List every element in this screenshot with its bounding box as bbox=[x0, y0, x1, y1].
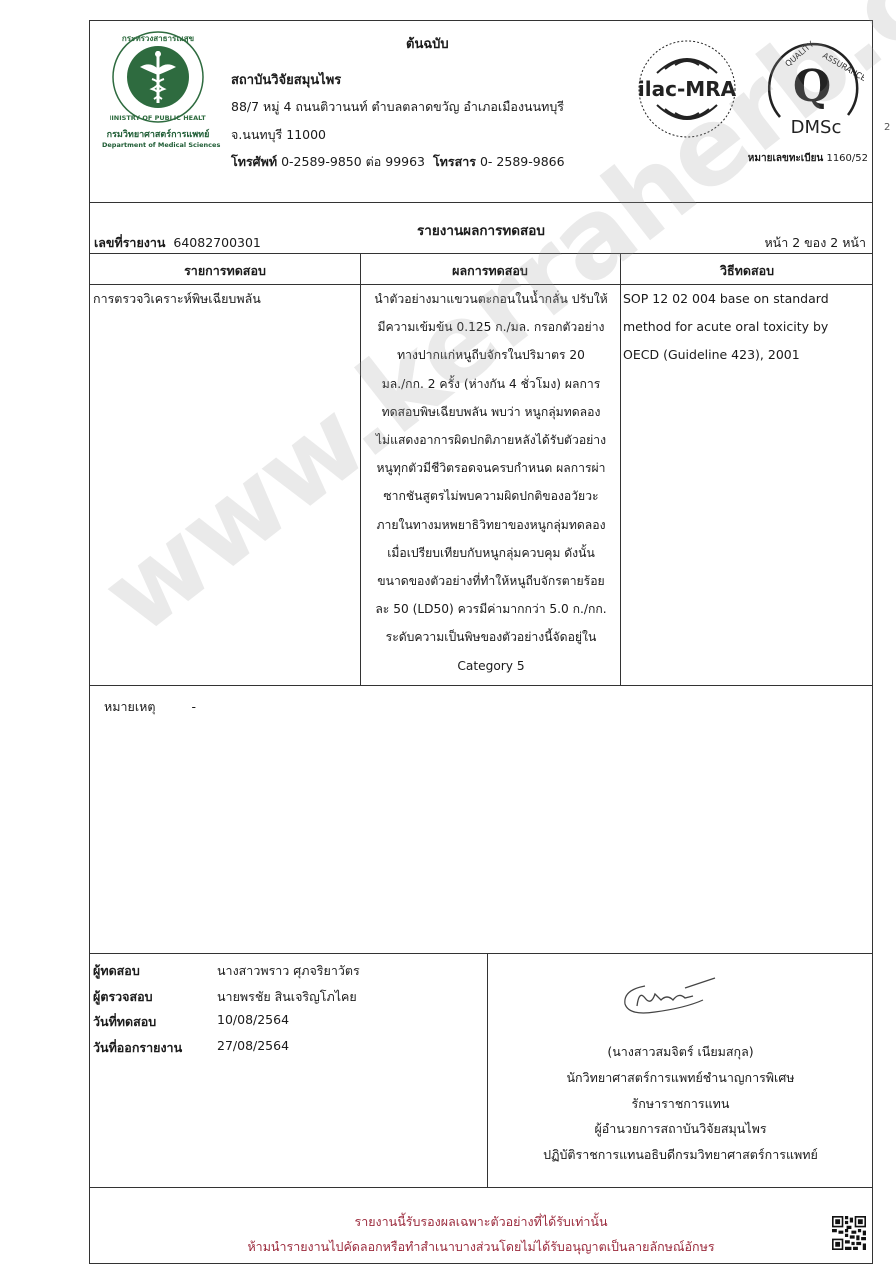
remark-value: - bbox=[191, 699, 196, 714]
contact-line: โทรศัพท์ 0-2589-9850 ต่อ 99963 โทรสาร 0-… bbox=[231, 152, 565, 172]
department-name-en: Department of Medical Sciences bbox=[102, 141, 214, 149]
ilac-mra-icon: ilac-MRA bbox=[635, 37, 739, 141]
reg-label: หมายเลขทะเบียน bbox=[748, 153, 823, 164]
remark: หมายเหตุ - bbox=[104, 697, 196, 717]
result-line: ภายในทางมหพยาธิวิทยาของหนูกลุ่มทดลอง bbox=[362, 511, 620, 539]
ministry-emblem-icon: กระทรวงสาธารณสุข MINISTRY OF PUBLIC HEAL… bbox=[110, 29, 206, 125]
method-line: method for acute oral toxicity by bbox=[623, 313, 873, 341]
page-indicator: หน้า 2 ของ 2 หน้า bbox=[764, 233, 866, 253]
header-test-item: รายการทดสอบ bbox=[90, 261, 360, 281]
svg-text:ilac-MRA: ilac-MRA bbox=[638, 77, 737, 101]
result-line: เมื่อเปรียบเทียบกับหนูกลุ่มควบคุม ดังนั้… bbox=[362, 539, 620, 567]
fax-value: 0- 2589-9866 bbox=[480, 154, 565, 169]
checker-value: นายพรชัย สินเจริญโภไคย bbox=[217, 987, 357, 1013]
svg-text:Q: Q bbox=[793, 61, 831, 112]
divider bbox=[90, 685, 872, 686]
divider bbox=[90, 953, 872, 954]
footer-line1: รายงานนี้รับรองผลเฉพาะตัวอย่างที่ได้รับเ… bbox=[90, 1209, 872, 1234]
signature bbox=[615, 976, 725, 1025]
registration-number: หมายเลขทะเบียน 1160/52 bbox=[748, 151, 868, 166]
tester-value: นางสาวพราว ศุภจริยาวัตร bbox=[217, 961, 360, 987]
result-line: ทางปากแก่หนูถีบจักรในปริมาตร 20 bbox=[362, 341, 620, 369]
test-item-cell: การตรวจวิเคราะห์พิษเฉียบพลัน bbox=[93, 289, 261, 309]
result-line: ไม่แสดงอาการผิดปกติภายหลังได้รับตัวอย่าง bbox=[362, 426, 620, 454]
dmsc-quality-logo: Q QUALITY ASSURANCE DMSc bbox=[760, 37, 864, 145]
report-number-label: เลขที่รายงาน bbox=[94, 235, 165, 250]
original-copy-label: ต้นฉบับ bbox=[406, 33, 449, 54]
method-line: OECD (Guideline 423), 2001 bbox=[623, 341, 873, 369]
signer-title4: ปฏิบัติราชการแทนอธิบดีกรมวิทยาศาสตร์การแ… bbox=[487, 1142, 874, 1168]
margin-mark: 2 bbox=[884, 122, 890, 133]
divider bbox=[90, 202, 872, 203]
footer-disclaimer: รายงานนี้รับรองผลเฉพาะตัวอย่างที่ได้รับเ… bbox=[90, 1209, 872, 1259]
test-method-cell: SOP 12 02 004 base on standardmethod for… bbox=[623, 285, 873, 370]
address-line2: จ.นนทบุรี 11000 bbox=[231, 125, 326, 145]
phone-label: โทรศัพท์ bbox=[231, 154, 277, 169]
qr-code-icon[interactable] bbox=[832, 1216, 866, 1250]
test-date-label: วันที่ทดสอบ bbox=[93, 1012, 217, 1038]
report-number-value: 64082700301 bbox=[173, 235, 260, 250]
tester-label: ผู้ทดสอบ bbox=[93, 961, 217, 987]
signer-block: (นางสาวสมจิตร์ เนียมสกุล) นักวิทยาศาสตร์… bbox=[487, 1039, 874, 1168]
header-test-result: ผลการทดสอบ bbox=[360, 261, 620, 281]
signer-name: (นางสาวสมจิตร์ เนียมสกุล) bbox=[487, 1039, 874, 1065]
header-test-method: วิธีทดสอบ bbox=[620, 261, 874, 281]
result-line: ระดับความเป็นพิษของตัวอย่างนี้จัดอยู่ใน bbox=[362, 623, 620, 651]
result-line: มล./กก. 2 ครั้ง (ห่างกัน 4 ชั่วโมง) ผลกา… bbox=[362, 370, 620, 398]
checker-row: ผู้ตรวจสอบ นายพรชัย สินเจริญโภไคย bbox=[93, 987, 360, 1013]
signer-title2: รักษาราชการแทน bbox=[487, 1091, 874, 1117]
reg-value: 1160/52 bbox=[826, 153, 868, 164]
issue-date-row: วันที่ออกรายงาน 27/08/2564 bbox=[93, 1038, 360, 1064]
test-result-cell: นำตัวอย่างมาแขวนตะกอนในน้ำกลั่น ปรับให้ม… bbox=[362, 285, 620, 680]
institute-name: สถาบันวิจัยสมุนไพร bbox=[231, 69, 341, 90]
signoff-details: ผู้ทดสอบ นางสาวพราว ศุภจริยาวัตร ผู้ตรวจ… bbox=[93, 961, 360, 1063]
signer-title1: นักวิทยาศาสตร์การแพทย์ชำนาญการพิเศษ bbox=[487, 1065, 874, 1091]
result-line: ละ 50 (LD50) ควรมีค่ามากกว่า 5.0 ก./กก. bbox=[362, 595, 620, 623]
report-number: เลขที่รายงาน 64082700301 bbox=[94, 233, 261, 253]
result-line: มีความเข้มข้น 0.125 ก./มล. กรอกตัวอย่าง bbox=[362, 313, 620, 341]
result-line: ซากชันสูตรไม่พบความผิดปกติของอวัยวะ bbox=[362, 482, 620, 510]
fax-label: โทรสาร bbox=[433, 154, 476, 169]
result-line: หนูทุกตัวมีชีวิตรอดจนครบกำหนด ผลการผ่า bbox=[362, 454, 620, 482]
issue-date-label: วันที่ออกรายงาน bbox=[93, 1038, 217, 1064]
issue-date-value: 27/08/2564 bbox=[217, 1038, 289, 1064]
result-line: ขนาดของตัวอย่างที่ทำให้หนูถีบจักรตายร้อย bbox=[362, 567, 620, 595]
result-line: นำตัวอย่างมาแขวนตะกอนในน้ำกลั่น ปรับให้ bbox=[362, 285, 620, 313]
result-line: ทดสอบพิษเฉียบพลัน พบว่า หนูกลุ่มทดลอง bbox=[362, 398, 620, 426]
signer-title3: ผู้อำนวยการสถาบันวิจัยสมุนไพร bbox=[487, 1116, 874, 1142]
checker-label: ผู้ตรวจสอบ bbox=[93, 987, 217, 1013]
method-line: SOP 12 02 004 base on standard bbox=[623, 285, 873, 313]
department-name-th: กรมวิทยาศาสตร์การแพทย์ bbox=[102, 127, 214, 141]
divider bbox=[90, 1187, 872, 1188]
column-divider bbox=[360, 253, 361, 685]
phone-value: 0-2589-9850 ต่อ 99963 bbox=[281, 154, 425, 169]
ilac-mra-logo: ilac-MRA bbox=[635, 37, 739, 145]
test-report-document: กระทรวงสาธารณสุข MINISTRY OF PUBLIC HEAL… bbox=[89, 20, 873, 1264]
divider bbox=[90, 253, 872, 254]
test-date-value: 10/08/2564 bbox=[217, 1012, 289, 1038]
svg-text:DMSc: DMSc bbox=[791, 117, 842, 138]
tester-row: ผู้ทดสอบ นางสาวพราว ศุภจริยาวัตร bbox=[93, 961, 360, 987]
footer-line2: ห้ามนำรายงานไปคัดลอกหรือทำสำเนาบางส่วนโด… bbox=[90, 1234, 872, 1259]
signature-icon bbox=[615, 976, 725, 1021]
ministry-logo: กระทรวงสาธารณสุข MINISTRY OF PUBLIC HEAL… bbox=[102, 29, 214, 149]
svg-text:MINISTRY OF PUBLIC HEALTH: MINISTRY OF PUBLIC HEALTH bbox=[110, 114, 206, 122]
remark-label: หมายเหตุ bbox=[104, 699, 155, 714]
test-date-row: วันที่ทดสอบ 10/08/2564 bbox=[93, 1012, 360, 1038]
svg-text:กระทรวงสาธารณสุข: กระทรวงสาธารณสุข bbox=[122, 34, 194, 44]
quality-assurance-icon: Q QUALITY ASSURANCE DMSc bbox=[760, 37, 864, 141]
result-line: Category 5 bbox=[362, 652, 620, 680]
column-divider bbox=[620, 253, 621, 685]
address-line1: 88/7 หมู่ 4 ถนนติวานนท์ ตำบลตลาดขวัญ อำเ… bbox=[231, 97, 564, 117]
